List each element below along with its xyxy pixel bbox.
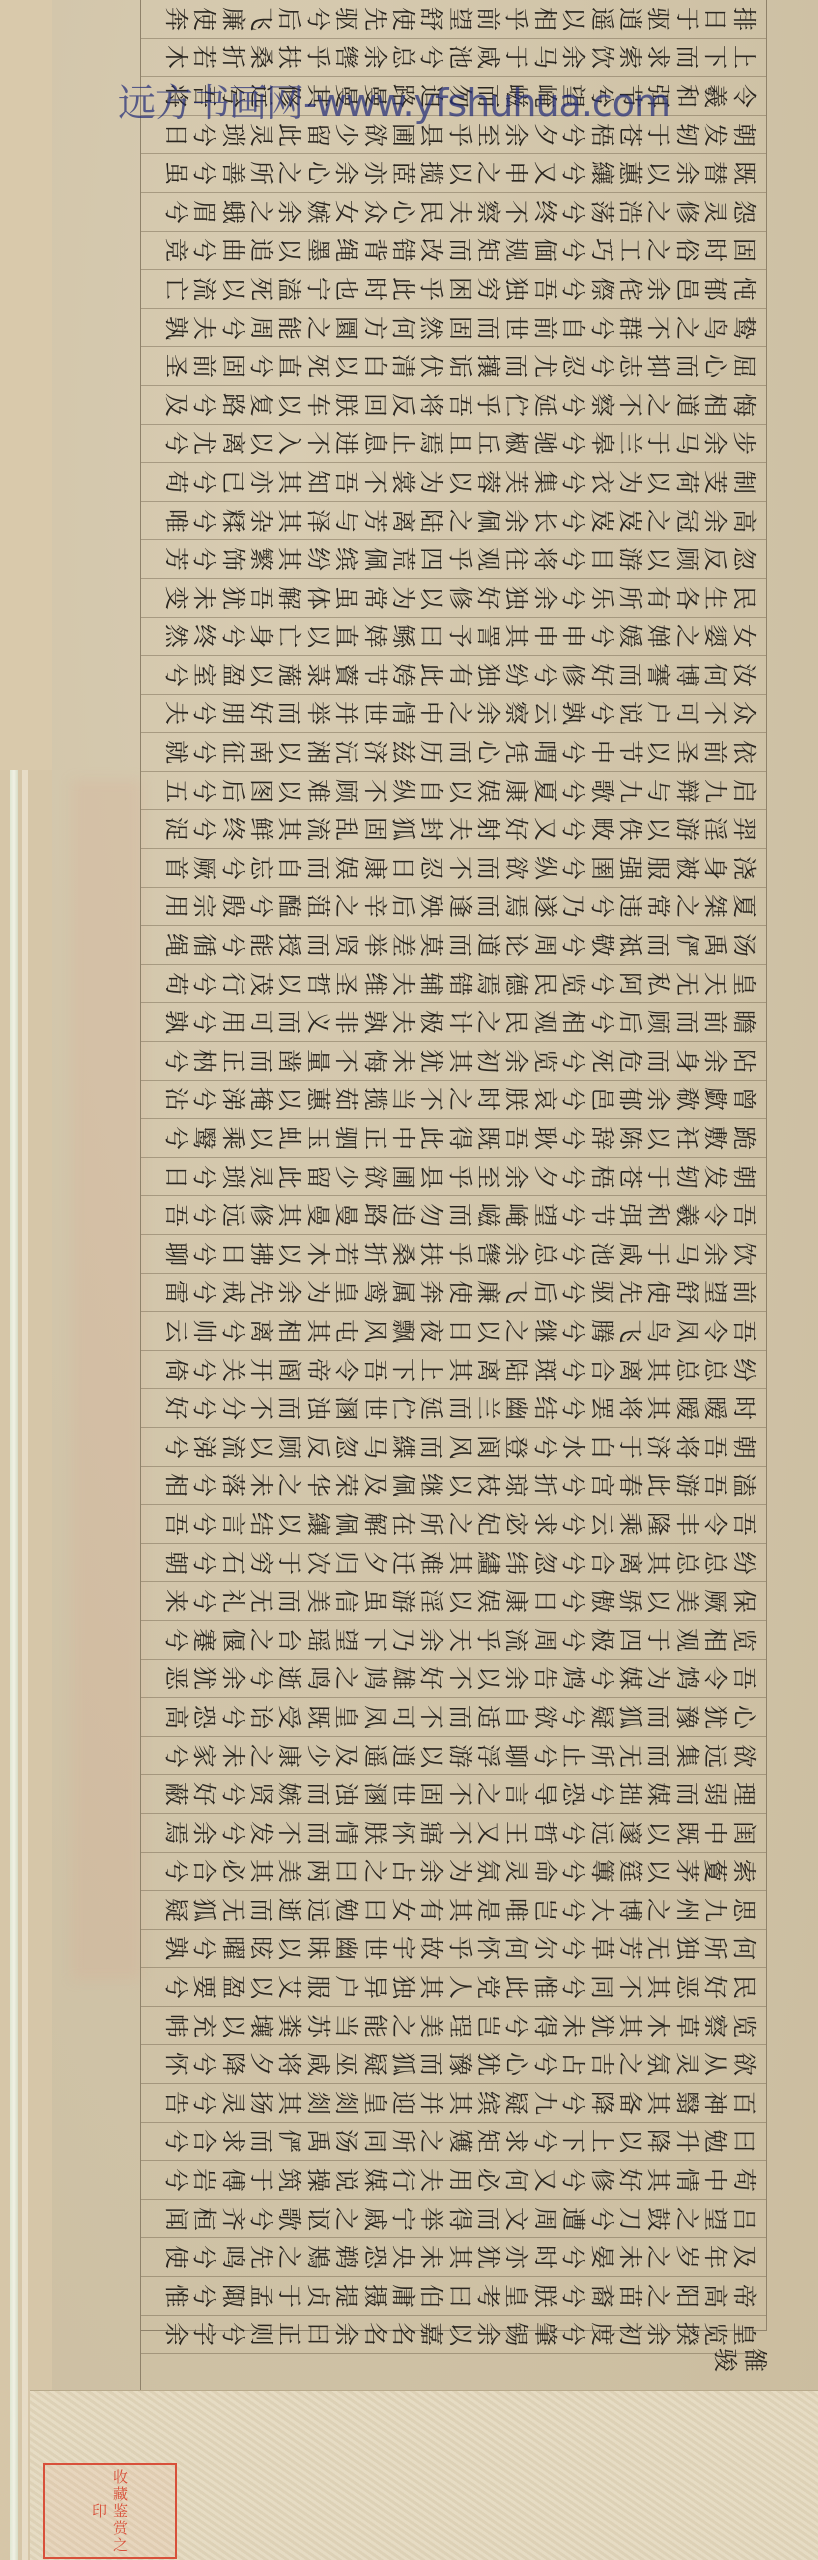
calligraphy-character: 芙 [502, 468, 532, 496]
row-characters: 饮余马于咸池兮总余辔乎扶桑折若木以拂日兮聊 [162, 1239, 766, 1269]
calligraphy-character: 路 [218, 391, 248, 419]
calligraphy-character: 虽 [161, 159, 191, 187]
calligraphy-character: 远 [303, 1896, 333, 1924]
calligraphy-character: 眉 [189, 198, 219, 226]
calligraphy-character: 灵 [502, 1857, 532, 1885]
calligraphy-character: 好 [473, 584, 503, 612]
calligraphy-character: 独 [388, 1973, 418, 2001]
calligraphy-character: 兮 [558, 1587, 588, 1615]
calligraphy-character: 不 [360, 776, 390, 804]
calligraphy-character: 犹 [700, 1703, 730, 1731]
calligraphy-character: 康 [502, 1587, 532, 1615]
calligraphy-character: 飞 [246, 5, 276, 33]
calligraphy-character: 远 [700, 1741, 730, 1769]
calligraphy-character: 以 [644, 1819, 674, 1847]
calligraphy-character: 未 [558, 2011, 588, 2039]
calligraphy-character: 有 [445, 661, 475, 689]
row-characters: 欲远集而无所止兮聊浮游以逍遥及少康之未家兮 [162, 1741, 766, 1771]
row-characters: 上下而求索饮余马于咸池兮总余辔乎扶桑折若木 [162, 42, 766, 72]
calligraphy-character: 入 [275, 429, 305, 457]
calligraphy-character: 而 [644, 1047, 674, 1075]
calligraphy-character: 历 [417, 738, 447, 766]
calligraphy-character: 兹 [388, 738, 418, 766]
calligraphy-character: 以 [246, 1433, 276, 1461]
calligraphy-character: 狐 [615, 1703, 645, 1731]
calligraphy-character: 孟 [246, 2282, 276, 2310]
calligraphy-character: 亦 [502, 2243, 532, 2271]
calligraphy-character: 兮 [502, 2011, 532, 2039]
calligraphy-character: 沅 [331, 738, 361, 766]
calligraphy-character: 留 [303, 1162, 333, 1190]
calligraphy-character: 下 [558, 2127, 588, 2155]
calligraphy-character: 春 [615, 1471, 645, 1499]
calligraphy-character: 焉 [417, 429, 447, 457]
calligraphy-character: 繁 [246, 545, 276, 573]
calligraphy-character: 集 [530, 468, 560, 496]
calligraphy-character: 而 [615, 661, 645, 689]
calligraphy-character: 幽 [331, 1934, 361, 1962]
calligraphy-character: 操 [303, 2166, 333, 2194]
calligraphy-character: 吾 [445, 391, 475, 419]
calligraphy-character: 余 [218, 1664, 248, 1692]
calligraphy-character: 兮 [189, 1934, 219, 1962]
calligraphy-character: 强 [615, 854, 645, 882]
calligraphy-character: 神 [700, 2089, 730, 2117]
calligraphy-character: 高 [161, 1703, 191, 1731]
calligraphy-character: 以 [615, 2127, 645, 2155]
calligraphy-character: 兮 [558, 584, 588, 612]
calligraphy-character: 兮 [558, 738, 588, 766]
calligraphy-character: 曰 [729, 2127, 759, 2155]
calligraphy-character: 马 [672, 429, 702, 457]
calligraphy-character: 先 [360, 5, 390, 33]
calligraphy-character: 流 [189, 275, 219, 303]
calligraphy-character: 兮 [189, 1278, 219, 1306]
calligraphy-character: 以 [275, 1240, 305, 1268]
calligraphy-character: 夕 [246, 2050, 276, 2078]
calligraphy-character: 邃 [615, 1819, 645, 1847]
calligraphy-character: 既 [729, 159, 759, 187]
text-column-row: 帝高阳之苗裔兮朕皇考曰伯庸摄提贞于孟陬兮惟 [141, 2277, 766, 2316]
calligraphy-character: 而 [303, 1819, 333, 1847]
calligraphy-character: 余 [331, 159, 361, 187]
calligraphy-character: 盈 [218, 1973, 248, 2001]
calligraphy-character: 方 [360, 313, 390, 341]
calligraphy-character: 凿 [275, 1047, 305, 1075]
calligraphy-character: 兮 [558, 1857, 588, 1885]
calligraphy-character: 兮 [558, 391, 588, 419]
calligraphy-character: 忽 [530, 1548, 560, 1576]
calligraphy-character: 疑 [360, 2050, 390, 2078]
calligraphy-character: 先 [615, 1278, 645, 1306]
calligraphy-character: 其 [303, 1317, 333, 1345]
text-column-row: 欲从灵氛之吉占兮心犹豫而狐疑巫咸将夕降兮怀 [141, 2045, 766, 2084]
calligraphy-character: 纵 [388, 776, 418, 804]
calligraphy-character: 鸟 [700, 313, 730, 341]
calligraphy-character: 曾 [729, 1085, 759, 1113]
calligraphy-character: 兮 [218, 854, 248, 882]
calligraphy-character: 和 [644, 1201, 674, 1229]
calligraphy-character: 诟 [445, 352, 475, 380]
calligraphy-character: 伫 [388, 1394, 418, 1422]
calligraphy-character: 汤 [729, 931, 759, 959]
calligraphy-character: 乎 [473, 391, 503, 419]
calligraphy-character: 宓 [502, 1510, 532, 1538]
calligraphy-character: 不 [615, 1973, 645, 2001]
calligraphy-character: 辅 [417, 969, 447, 997]
calligraphy-character: 启 [729, 776, 759, 804]
calligraphy-character: 常 [360, 584, 390, 612]
calligraphy-character: 朝 [729, 1162, 759, 1190]
row-characters: 忳郁邑余侘傺兮吾独穷困乎此时也宁溘死以流亡 [162, 274, 766, 304]
calligraphy-character: 求 [502, 2127, 532, 2155]
calligraphy-character: 然 [161, 622, 191, 650]
calligraphy-character: 媒 [360, 2166, 390, 2194]
calligraphy-character: 总 [530, 1240, 560, 1268]
calligraphy-character: 苟 [161, 468, 191, 496]
calligraphy-character: 不 [644, 313, 674, 341]
calligraphy-character: 工 [615, 236, 645, 264]
calligraphy-character: 论 [502, 931, 532, 959]
row-characters: 时暧暧其将罢兮结幽兰而延伫世溷浊而不分兮好 [162, 1393, 766, 1423]
mount-inner-edge [22, 770, 28, 2560]
calligraphy-character: 逝 [275, 1896, 305, 1924]
text-column-row: 时暧暧其将罢兮结幽兰而延伫世溷浊而不分兮好 [141, 1389, 766, 1428]
calligraphy-character: 名 [388, 2320, 418, 2348]
calligraphy-character: 尔 [530, 1934, 560, 1962]
calligraphy-character: 湘 [303, 738, 333, 766]
calligraphy-character: 兮 [530, 2127, 560, 2155]
calligraphy-character: 曰 [331, 1857, 361, 1885]
calligraphy-character: 吾 [161, 1510, 191, 1538]
calligraphy-character: 兮 [189, 1471, 219, 1499]
calligraphy-character: 余 [700, 1047, 730, 1075]
calligraphy-character: 以 [275, 738, 305, 766]
calligraphy-character: 纷 [303, 545, 333, 573]
calligraphy-character: 尤 [530, 352, 560, 380]
calligraphy-character: 以 [331, 352, 361, 380]
calligraphy-character: 及 [729, 2243, 759, 2271]
calligraphy-character: 日 [445, 1317, 475, 1345]
calligraphy-character: 皋 [587, 429, 617, 457]
calligraphy-character: 发 [700, 1162, 730, 1190]
calligraphy-character: 娱 [473, 776, 503, 804]
calligraphy-character: 蕙 [303, 1085, 333, 1113]
calligraphy-character: 天 [445, 1626, 475, 1654]
calligraphy-character: 又 [473, 1819, 503, 1847]
calligraphy-character: 余 [417, 1626, 447, 1654]
calligraphy-character: 济 [644, 1433, 674, 1461]
calligraphy-character: 后 [218, 776, 248, 804]
calligraphy-character: 罢 [587, 1394, 617, 1422]
calligraphy-character: 兮 [587, 2204, 617, 2232]
calligraphy-character: 以 [275, 969, 305, 997]
calligraphy-character: 夫 [189, 313, 219, 341]
calligraphy-character: 未 [615, 2243, 645, 2271]
calligraphy-character: 以 [644, 159, 674, 187]
calligraphy-character: 直 [331, 622, 361, 650]
calligraphy-character: 于 [644, 1626, 674, 1654]
calligraphy-character: 好 [161, 1394, 191, 1422]
calligraphy-character: 众 [360, 198, 390, 226]
calligraphy-character: 而 [644, 1741, 674, 1769]
calligraphy-character: 涕 [218, 1085, 248, 1113]
calligraphy-character: 修 [558, 661, 588, 689]
calligraphy-character: 兮 [558, 1085, 588, 1113]
calligraphy-character: 不 [246, 1394, 276, 1422]
calligraphy-character: 夫 [445, 198, 475, 226]
text-column-row: 朝吾将济于白水兮登阆风而緤马忽反顾以流涕兮 [141, 1428, 766, 1467]
calligraphy-character: 规 [502, 236, 532, 264]
calligraphy-character: 禹 [303, 2127, 333, 2155]
calligraphy-character: 于 [644, 1162, 674, 1190]
calligraphy-character: 量 [303, 1047, 333, 1075]
calligraphy-character: 攘 [473, 352, 503, 380]
calligraphy-character: 世 [502, 313, 532, 341]
calligraphy-character: 而 [473, 313, 503, 341]
text-column-row: 皇天无私阿兮览民德焉错辅夫维圣哲以茂行兮苟 [141, 965, 766, 1004]
calligraphy-character: 离 [388, 506, 418, 534]
calligraphy-character: 就 [161, 738, 191, 766]
calligraphy-character: 若 [331, 1240, 361, 1268]
calligraphy-character: 兮 [189, 1355, 219, 1383]
calligraphy-character: 皇 [331, 1278, 361, 1306]
calligraphy-character: 而 [672, 352, 702, 380]
calligraphy-character: 之 [445, 699, 475, 727]
calligraphy-character: 肇 [530, 2320, 560, 2348]
calligraphy-character: 之 [644, 391, 674, 419]
calligraphy-character: 独 [473, 661, 503, 689]
calligraphy-character: 禹 [700, 931, 730, 959]
text-column-row: 跪敷衽以陈辞兮耿吾既得此中正驷玉虬以乘鹥兮 [141, 1119, 766, 1158]
calligraphy-character: 相 [700, 391, 730, 419]
calligraphy-character: 淫 [700, 815, 730, 843]
calligraphy-character: 反 [388, 391, 418, 419]
calligraphy-character: 傺 [587, 275, 617, 303]
paper-stain [72, 780, 142, 1980]
calligraphy-character: 斑 [530, 1355, 560, 1383]
calligraphy-character: 朕 [360, 1819, 390, 1847]
calligraphy-character: 康 [360, 854, 390, 882]
calligraphy-character: 离 [615, 1548, 645, 1576]
text-column-row: 瞻前而顾后兮相观民之计极夫孰非义而可用兮孰 [141, 1003, 766, 1042]
calligraphy-character: 孰 [161, 313, 191, 341]
calligraphy-character: 其 [246, 1857, 276, 1885]
calligraphy-character: 嘉 [417, 2320, 447, 2348]
calligraphy-character: 怨 [729, 198, 759, 226]
text-column-row: 思九州之博大兮岂唯是其有女曰勉远逝而无狐疑 [141, 1891, 766, 1930]
calligraphy-character: 曼 [303, 1201, 333, 1229]
calligraphy-character: 可 [388, 1703, 418, 1731]
calligraphy-character: 皇 [331, 1703, 361, 1731]
calligraphy-character: 摄 [360, 2282, 390, 2310]
calligraphy-character: 俨 [672, 931, 702, 959]
calligraphy-character: 南 [246, 738, 276, 766]
calligraphy-character: 茂 [246, 969, 276, 997]
calligraphy-character: 览 [530, 1047, 560, 1075]
calligraphy-character: 反 [700, 545, 730, 573]
row-characters: 曰勉升降以上下兮求矩矱之所同汤禹俨而求合兮 [162, 2126, 766, 2156]
calligraphy-character: 兮 [189, 545, 219, 573]
calligraphy-character: 礼 [218, 1587, 248, 1615]
calligraphy-character: 察 [473, 198, 503, 226]
calligraphy-character: 亦 [360, 159, 390, 187]
calligraphy-character: 固 [218, 352, 248, 380]
calligraphy-character: 媒 [615, 1664, 645, 1692]
calligraphy-character: 于 [246, 2166, 276, 2194]
calligraphy-character: 以 [445, 159, 475, 187]
calligraphy-character: 疑 [161, 1896, 191, 1924]
calligraphy-character: 兮 [558, 1896, 588, 1924]
calligraphy-character: 苟 [729, 2166, 759, 2194]
text-column-row: 吾令凤鸟飞腾兮继之以日夜飘风屯其相离兮帅云 [141, 1312, 766, 1351]
calligraphy-character: 鸣 [218, 2243, 248, 2271]
calligraphy-character: 好 [615, 2166, 645, 2194]
calligraphy-character: 兮 [558, 506, 588, 534]
calligraphy-character: 必 [473, 2166, 503, 2194]
calligraphy-character: 计 [445, 1008, 475, 1036]
calligraphy-character: 尤 [189, 429, 219, 457]
calligraphy-character: 马 [672, 1240, 702, 1268]
row-characters: 皇览揆余初度兮肇锡余以嘉名名余曰正则兮字余 [162, 2319, 766, 2349]
calligraphy-character: 修 [672, 198, 702, 226]
calligraphy-character: 剡 [303, 2089, 333, 2117]
text-column-row: 朝发轫于苍梧兮夕余至乎县圃欲少留此灵琐兮日 [141, 1158, 766, 1197]
calligraphy-character: 余 [275, 198, 305, 226]
row-characters: 苟中情其好修兮又何必用夫行媒说操筑于傅岩兮 [162, 2165, 766, 2195]
calligraphy-character: 以 [473, 1317, 503, 1345]
calligraphy-character: 氛 [473, 1857, 503, 1885]
calligraphy-character: 凭 [502, 738, 532, 766]
calligraphy-character: 总 [700, 1548, 730, 1576]
calligraphy-character: 上 [587, 2127, 617, 2155]
calligraphy-character: 葹 [275, 661, 305, 689]
calligraphy-character: 相 [530, 5, 560, 33]
calligraphy-character: 飞 [615, 1317, 645, 1345]
calligraphy-character: 美 [417, 2011, 447, 2039]
calligraphy-character: 举 [303, 699, 333, 727]
text-column-row: 忳郁邑余侘傺兮吾独穷困乎此时也宁溘死以流亡 [141, 270, 766, 309]
calligraphy-character: 流 [502, 1626, 532, 1654]
calligraphy-character: 岌 [587, 506, 617, 534]
calligraphy-character: 独 [502, 275, 532, 303]
calligraphy-character: 之 [246, 1626, 276, 1654]
calligraphy-character: 告 [530, 1664, 560, 1692]
calligraphy-character: 佩 [331, 1510, 361, 1538]
calligraphy-character: 纵 [530, 854, 560, 882]
calligraphy-character: 兮 [189, 2050, 219, 2078]
calligraphy-character: 常 [644, 892, 674, 920]
calligraphy-character: 苍 [615, 1162, 645, 1190]
calligraphy-character: 夫 [445, 815, 475, 843]
calligraphy-character: 鸷 [729, 313, 759, 341]
calligraphy-character: 不 [331, 1047, 361, 1075]
calligraphy-character: 梧 [587, 1162, 617, 1190]
calligraphy-character: 祗 [615, 931, 645, 959]
calligraphy-character: 兮 [246, 2204, 276, 2232]
row-characters: 鸷鸟之不群兮自前世而固然何方圜之能周兮夫孰 [162, 313, 766, 343]
calligraphy-character: 以 [445, 776, 475, 804]
calligraphy-character: 折 [360, 1240, 390, 1268]
calligraphy-character: 乎 [473, 1626, 503, 1654]
calligraphy-character: 私 [644, 969, 674, 997]
calligraphy-character: 从 [700, 2050, 730, 2078]
calligraphy-character: 舒 [672, 1278, 702, 1306]
calligraphy-character: 兮 [587, 352, 617, 380]
calligraphy-character: 当 [331, 2011, 361, 2039]
mount-silk-edge [10, 770, 18, 2560]
calligraphy-character: 佩 [388, 1471, 418, 1499]
row-characters: 思九州之博大兮岂唯是其有女曰勉远逝而无狐疑 [162, 1895, 766, 1925]
calligraphy-character: 是 [473, 1896, 503, 1924]
calligraphy-character: 余 [417, 1857, 447, 1885]
calligraphy-character: 兮 [161, 1047, 191, 1075]
calligraphy-character: 苏 [303, 2011, 333, 2039]
calligraphy-character: 济 [360, 738, 390, 766]
calligraphy-character: 畋 [587, 815, 617, 843]
calligraphy-character: 木 [161, 43, 191, 71]
calligraphy-character: 有 [644, 584, 674, 612]
calligraphy-character: 遥 [360, 1741, 390, 1769]
calligraphy-character: 琐 [218, 1162, 248, 1190]
calligraphy-character: 曼 [331, 1201, 361, 1229]
calligraphy-character: 怀 [473, 1934, 503, 1962]
calligraphy-character: 廉 [218, 5, 248, 33]
calligraphy-character: 阿 [615, 969, 645, 997]
calligraphy-character: 吾 [331, 468, 361, 496]
calligraphy-character: 而 [672, 1008, 702, 1036]
calligraphy-character: 跪 [729, 1124, 759, 1152]
calligraphy-character: 余 [700, 1240, 730, 1268]
row-characters: 屈心而抑志兮忍尤而攘诟伏清白以死直兮固前圣 [162, 351, 766, 381]
calligraphy-character: 民 [417, 198, 447, 226]
calligraphy-character: 兮 [558, 2243, 588, 2271]
row-characters: 及年岁之未晏兮时亦犹其未央恐鹈鴂之先鸣兮使 [162, 2242, 766, 2272]
calligraphy-character: 余 [644, 1085, 674, 1113]
calligraphy-character: 能 [275, 313, 305, 341]
calligraphy-character: 至 [473, 1162, 503, 1190]
calligraphy-character: 终 [218, 815, 248, 843]
calligraphy-character: 既 [672, 1819, 702, 1847]
calligraphy-character: 世 [360, 699, 390, 727]
calligraphy-character: 而 [473, 892, 503, 920]
calligraphy-character: 固 [360, 815, 390, 843]
calligraphy-character: 飘 [388, 1317, 418, 1345]
calligraphy-character: 览 [558, 969, 588, 997]
calligraphy-character: 殃 [417, 892, 447, 920]
calligraphy-character: 飞 [502, 1278, 532, 1306]
calligraphy-character: 首 [161, 854, 191, 882]
calligraphy-character: 故 [417, 1934, 447, 1962]
calligraphy-character: 鸣 [303, 1664, 333, 1692]
text-column-row: 鸷鸟之不群兮自前世而固然何方圜之能周兮夫孰 [141, 309, 766, 348]
calligraphy-character: 裳 [388, 468, 418, 496]
calligraphy-character: 察 [587, 391, 617, 419]
calligraphy-character: 屯 [331, 1317, 361, 1345]
calligraphy-character: 以 [644, 815, 674, 843]
calligraphy-character: 申 [530, 622, 560, 650]
calligraphy-character: 朕 [530, 2282, 560, 2310]
calligraphy-character: 离 [218, 429, 248, 457]
calligraphy-character: 清 [388, 352, 418, 380]
calligraphy-character: 好 [700, 1973, 730, 2001]
calligraphy-character: 极 [587, 1626, 617, 1654]
calligraphy-character: 白 [587, 1433, 617, 1461]
calligraphy-character: 既 [303, 1703, 333, 1731]
calligraphy-character: 心 [303, 159, 333, 187]
calligraphy-character: 辔 [331, 43, 361, 71]
calligraphy-character: 饮 [729, 1240, 759, 1268]
